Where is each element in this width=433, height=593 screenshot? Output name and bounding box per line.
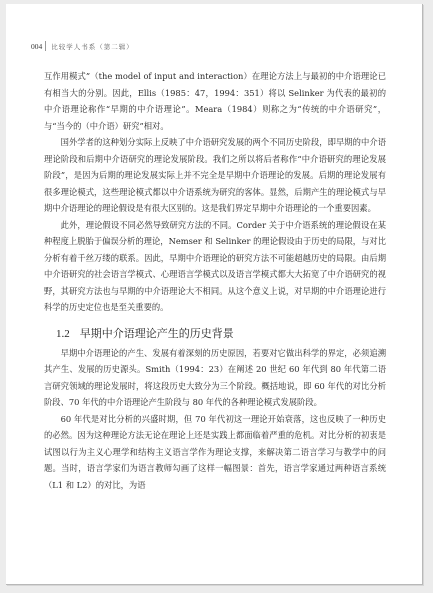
document-page: 004 比较学人书系（第二辑） 互作用模式”（the model of inpu…: [6, 4, 423, 585]
paragraph: 互作用模式”（the model of input and interactio…: [44, 68, 386, 134]
section-title: 早期中介语理论产生的历史背景: [80, 327, 234, 340]
paragraph: 此外，理论假设不同必然导致研究方法的不同。Corder 关于中介语系统的理论假设…: [44, 217, 386, 316]
running-head: 004 比较学人书系（第二辑）: [31, 41, 134, 51]
header-divider: [45, 41, 46, 51]
section-number: 1.2: [56, 328, 70, 340]
paragraph: 60 年代是对比分析的兴盛时期，但 70 年代初这一理论开始衰落，这也反映了一种…: [44, 411, 386, 494]
section-heading: 1.2早期中介语理论产生的历史背景: [44, 326, 386, 342]
page-number: 004: [31, 42, 42, 51]
paragraph: 早期中介语理论的产生、发展有着深刻的历史原因，若要对它做出科学的界定，必须追溯其…: [44, 345, 386, 411]
paragraph: 国外学者的这种划分实际上反映了中介语研究发展的两个不同历史阶段，即早期的中介语理…: [44, 134, 386, 217]
body-text: 互作用模式”（the model of input and interactio…: [44, 68, 386, 493]
series-title: 比较学人书系（第二辑）: [51, 42, 134, 51]
